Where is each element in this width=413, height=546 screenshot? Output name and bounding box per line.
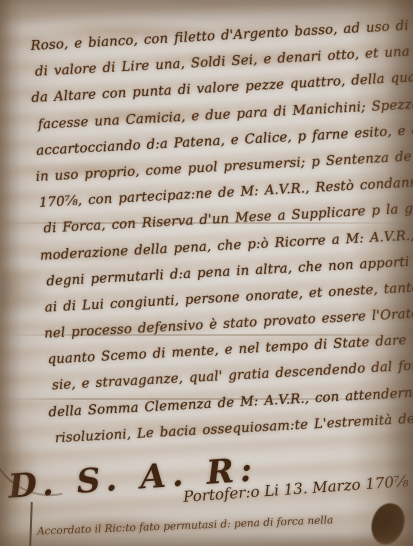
page-edge-shadow-left [0, 0, 22, 546]
margin-rule-line [29, 502, 33, 546]
manuscript-text-block: Roso, e bianco, con filetto d'Argento ba… [30, 10, 413, 452]
manuscript-page: Roso, e bianco, con filetto d'Argento ba… [0, 0, 413, 546]
ink-blot [367, 500, 408, 546]
marginal-annotation: Accordato il Ric:to fato permutasi d: pe… [37, 514, 334, 537]
